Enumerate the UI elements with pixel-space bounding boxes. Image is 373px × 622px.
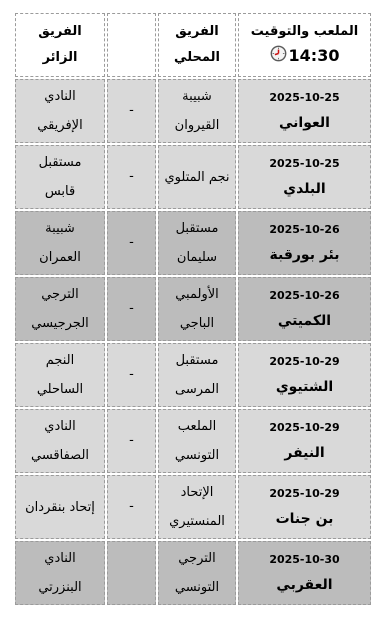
visitor-team-name: النجم الساحلي [25,346,95,404]
stadium-name: الكميتي [278,313,331,329]
fixture-row: 2025-10-29النيفرالملعب التونسي-النادي ال… [15,409,371,473]
separator-cell: - [107,79,156,143]
stadium-time-cell: 2025-10-26بئر بورقبة [238,211,371,275]
home-team-cell: مستقبل المرسى [158,343,236,407]
visitor-team-header-cell: الفريق الزائر [15,13,105,77]
separator-cell: - [107,343,156,407]
fixtures-table: الملعب والتوقيت [13,11,373,607]
visitor-team-cell: الترجي الجرجيسي [15,277,105,341]
stadium-time-cell: 2025-10-25البلدي [238,145,371,209]
home-team-name: الترجي التونسي [162,544,232,602]
separator-cell: - [107,409,156,473]
home-team-cell: الإتحاد المنستيري [158,475,236,539]
fixture-row: 2025-10-26الكميتيالأولمبي الباجي-الترجي … [15,277,371,341]
stadium-name: البلدي [283,181,325,197]
home-team-header-label: الفريق المحلي [166,19,228,71]
clock-icon [270,45,287,66]
score-separator: - [108,104,155,118]
home-team-name: مستقبل المرسى [162,346,232,404]
match-date: 2025-10-29 [269,421,339,434]
stadium-time-cell: 2025-10-29الشتيوي [238,343,371,407]
separator-cell: - [107,145,156,209]
home-team-name: الإتحاد المنستيري [162,478,232,536]
visitor-team-name: النادي البنزرتي [25,544,95,602]
visitor-team-name: النادي الإفريقي [25,82,95,140]
home-team-name: نجم المتلوي [162,163,232,192]
visitor-team-cell: النادي الصفاقسي [15,409,105,473]
home-team-name: مستقبل سليمان [162,214,232,272]
separator-header-cell [107,13,156,77]
score-separator: - [108,434,155,448]
match-date: 2025-10-26 [269,289,339,302]
home-team-name: الملعب التونسي [162,412,232,470]
stadium-time-cell: 2025-10-26الكميتي [238,277,371,341]
score-separator: - [108,302,155,316]
visitor-team-cell: النجم الساحلي [15,343,105,407]
stadium-name: الشتيوي [276,379,333,395]
separator-cell: - [107,277,156,341]
visitor-team-cell: إتحاد بنقردان [15,475,105,539]
fixture-row: 2025-10-25البلدينجم المتلوي-مستقبل قابس [15,145,371,209]
match-date: 2025-10-25 [269,91,339,104]
fixture-row: 2025-10-26بئر بورقبةمستقبل سليمان-شبيبة … [15,211,371,275]
fixture-row: 2025-10-25العوانيشبيبة القيروان-النادي ا… [15,79,371,143]
separator-cell: - [107,211,156,275]
stadium-name: النيفر [284,445,324,461]
score-separator: - [108,236,155,250]
score-separator: - [108,170,155,184]
visitor-team-cell: مستقبل قابس [15,145,105,209]
stadium-time-cell: 2025-10-29النيفر [238,409,371,473]
fixtures-body: 2025-10-25العوانيشبيبة القيروان-النادي ا… [15,79,371,605]
page: الملعب والتوقيت [0,0,373,622]
home-team-cell: نجم المتلوي [158,145,236,209]
home-team-cell: الترجي التونسي [158,541,236,605]
stadium-time-cell: 2025-10-30العقربي [238,541,371,605]
visitor-team-name: إتحاد بنقردان [25,493,95,522]
score-separator: - [108,368,155,382]
home-team-cell: الأولمبي الباجي [158,277,236,341]
home-team-cell: الملعب التونسي [158,409,236,473]
stadium-name: العواني [279,115,330,131]
fixture-row: 2025-10-29بن جناتالإتحاد المنستيري-إتحاد… [15,475,371,539]
home-team-cell: مستقبل سليمان [158,211,236,275]
header-row: الملعب والتوقيت [15,13,371,77]
visitor-team-name: مستقبل قابس [25,148,95,206]
visitor-team-header-label: الفريق الزائر [29,19,91,71]
fixture-row: 2025-10-29الشتيويمستقبل المرسى-النجم الس… [15,343,371,407]
match-date: 2025-10-26 [269,223,339,236]
home-team-cell: شبيبة القيروان [158,79,236,143]
match-date: 2025-10-29 [269,487,339,500]
match-date: 2025-10-29 [269,355,339,368]
home-team-name: شبيبة القيروان [162,82,232,140]
stadium-name: بئر بورقبة [269,247,339,263]
separator-cell: - [107,475,156,539]
stadium-time-cell: 2025-10-25العواني [238,79,371,143]
match-date: 2025-10-30 [269,553,339,566]
kickoff-time: 14:30 [289,46,340,65]
visitor-team-cell: النادي الإفريقي [15,79,105,143]
stadium-time-header-label: الملعب والتوقيت [251,24,358,39]
visitor-team-name: النادي الصفاقسي [25,412,95,470]
visitor-team-name: شبيبة العمران [25,214,95,272]
visitor-team-cell: النادي البنزرتي [15,541,105,605]
stadium-name: العقربي [276,577,332,593]
separator-cell [107,541,156,605]
score-separator: - [108,500,155,514]
stadium-name: بن جنات [276,511,334,527]
match-date: 2025-10-25 [269,157,339,170]
visitor-team-name: الترجي الجرجيسي [25,280,95,338]
fixture-row: 2025-10-30العقربيالترجي التونسيالنادي ال… [15,541,371,605]
home-team-header-cell: الفريق المحلي [158,13,236,77]
stadium-time-header-cell: الملعب والتوقيت [238,13,371,77]
home-team-name: الأولمبي الباجي [162,280,232,338]
visitor-team-cell: شبيبة العمران [15,211,105,275]
stadium-time-cell: 2025-10-29بن جنات [238,475,371,539]
